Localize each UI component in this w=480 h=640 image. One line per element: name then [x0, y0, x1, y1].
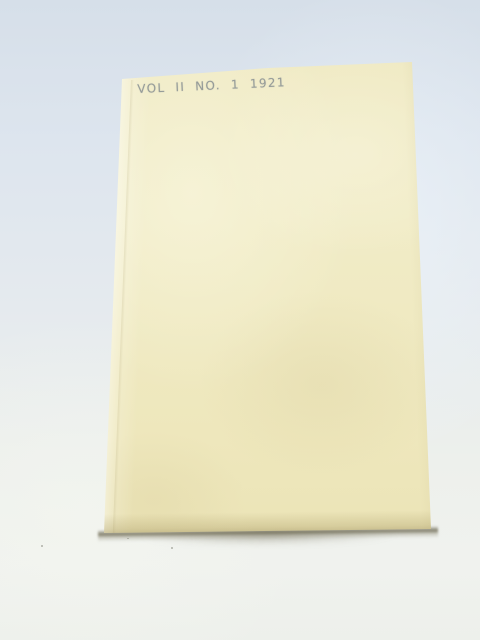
dust-speck — [41, 545, 43, 547]
dust-speck — [127, 538, 129, 539]
photograph: VOL II NO. 1 1921 — [0, 0, 480, 640]
dust-speck — [171, 547, 173, 549]
